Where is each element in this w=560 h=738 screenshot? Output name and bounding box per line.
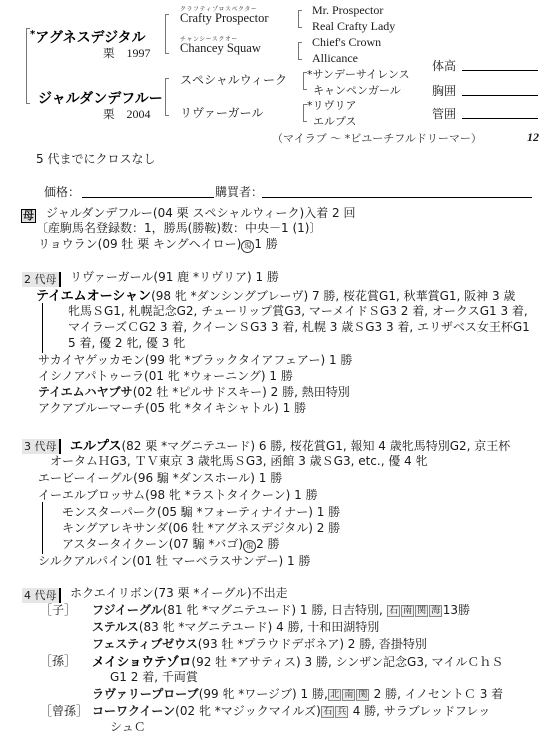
gen3-ancestor-8: エルプス [313, 113, 357, 129]
gen3-star-line-2: オータムＨG3, ＴＶ東京 3 歳牝馬ＳG3, 函館 3 歳ＳG3, etc.,… [50, 452, 428, 469]
gen3-ancestor-6: キャンペンガール [313, 82, 401, 98]
cannon-label: 管囲 [432, 105, 456, 122]
gen4-great-grandchild-1-cont: シュＣ [110, 718, 146, 735]
gen2-sibling-1: サカイヤゲッカモン(99 牝 *ブラックタイアフェアー) 1 勝 [38, 351, 352, 368]
gen4-child-1: フジイーグル(81 牝 *マグニテユード) 1 勝, 日吉特別, 石南関海13勝 [92, 601, 470, 618]
gen3-child-5: アスタータイクーン(07 騸 *バゴ)現2 勝 [62, 535, 280, 553]
gen2-sibling-4: アクアブルーマーチ(05 牝 *タイキシャトル) 1 勝 [38, 399, 306, 416]
buyer-input-line[interactable] [262, 197, 532, 198]
dam-tag: 母 [21, 209, 36, 223]
lot-number: 12 [527, 130, 539, 145]
gen3-child-1: エービーイーグル(96 騸 *ダンスホール) 1 勝 [38, 469, 282, 486]
gen3-ancestor-1: Mr. Prospector [312, 3, 383, 18]
gen3-child-4: キングアレキサンダ(06 牡 *アグネスデジタル) 2 勝 [62, 519, 340, 536]
gen3-child-3: モンスターパーク(05 騸 *フォーティナイナー) 1 勝 [62, 503, 340, 520]
dam-line-2: 〔産駒馬名登録数：1，勝馬(勝鞍)数：中央－1 (1)〕 [36, 219, 321, 236]
cross-note: 5 代までにクロスなし [36, 150, 155, 167]
gen4-line-1: ホクエイリボン(73 栗 *イーグル)不出走 [70, 584, 288, 601]
gen3-child-6: シルクアルパイン(01 牡 マーベラスサンデー) 1 勝 [38, 552, 310, 569]
chest-label: 胸囲 [432, 82, 456, 99]
sire-brace [165, 14, 169, 54]
price-label: 価格： [44, 183, 80, 200]
dam-brace [165, 78, 169, 116]
chest-input-line[interactable] [462, 95, 538, 96]
gen3-brace-2 [298, 42, 302, 60]
gen3-brace-1 [298, 10, 302, 28]
dam-name: ジャルダンデフルー [38, 88, 163, 108]
price-input-line[interactable] [82, 197, 214, 198]
gen2-sibling-3: テイエムハヤブサ(02 牡 *ピルサドスキー) 2 勝, 熱田特別 [38, 383, 350, 400]
buyer-label: 購買者： [215, 183, 263, 200]
gen3-ancestor-4: Allicance [312, 51, 358, 66]
gen3-child-2: イーエルブロッサム(98 牝 *ラストタイクーン) 1 勝 [38, 486, 318, 503]
gen2-star-line-2: 牝馬ＳG1, 札幌記念G2, チューリップ賞G3, マーメイドＳG3 2 着, … [68, 302, 528, 319]
gen3-ancestor-7: *リヴリア [307, 97, 357, 113]
gen2-star-line-4: 5 着, 優 2 牝, 優 3 牝 [68, 334, 185, 351]
gen4-child-2: ステルス(83 牝 *マグニテユード) 4 勝, 十和田湖特別 [92, 618, 379, 635]
gen4-grandchild-2: ラヴァリープローブ(99 牝 *ワージブ) 1 勝,北南関 2 勝, イノセント… [92, 685, 503, 702]
gen4-grandchild-1-cont: G1 2 着, 千両賞 [110, 668, 198, 685]
active-mark: 現 [241, 240, 254, 253]
sire-color-year: 栗 1997 [103, 45, 151, 61]
sire-sire-name: Crafty Prospector [180, 11, 269, 26]
group-label-grandchild: ［孫］ [40, 652, 76, 669]
dam-color-year: 栗 2004 [103, 106, 151, 122]
gen3-ancestor-3: Chief's Crown [312, 35, 381, 50]
gen2-star-bracket [42, 303, 43, 353]
height-input-line[interactable] [462, 70, 538, 71]
cannon-input-line[interactable] [462, 118, 538, 119]
gen4-child-3: フェスティブゼウス(93 牡 *プラウドデボネア) 2 勝, 沓掛特別 [92, 635, 427, 652]
sire-name: *アグネスデジタル [30, 27, 146, 47]
gen3-grandchild-bracket [42, 502, 43, 554]
gen2-line-1: リヴァーガール(91 鹿 *リヴリア) 1 勝 [70, 268, 279, 285]
gen2-sibling-2: イシノアパトゥーラ(01 牝 *ウォーニング) 1 勝 [38, 367, 293, 384]
gen3-ancestor-2: Real Crafty Lady [312, 19, 395, 34]
dam-sire-name: スペシャルウィーク [180, 71, 287, 88]
gen2-star-line-3: マイラーズＣG2 3 着, クイーンＳG3 3 着, 札幌 3 歳ＳG3 3 着… [68, 318, 530, 335]
family-line: （マイラブ ～ *ビユーチフルドリーマー） [272, 130, 482, 146]
dam-line-3: リョウラン(09 牡 栗 キングヘイロー)現1 勝 [38, 235, 278, 253]
dam-dam-name: リヴァーガール [180, 104, 263, 121]
group-label-great-grandchild: ［曾孫］ [40, 702, 88, 719]
height-label: 体高 [432, 57, 456, 74]
gen4-great-grandchild-1: コーワクイーン(02 牝 *マジックマイルズ)石兵 4 勝, サラブレッドフレッ [92, 702, 490, 719]
group-label-child: ［子］ [40, 601, 76, 618]
sire-dam-name: Chancey Squaw [180, 41, 261, 56]
gen3-ancestor-5: *サンデーサイレンス [307, 66, 410, 82]
